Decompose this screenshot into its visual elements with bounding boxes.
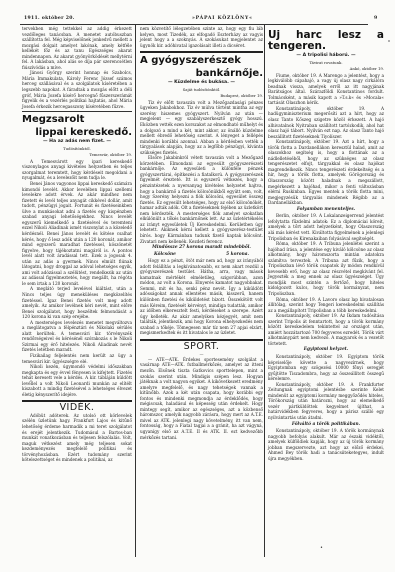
paragraph: A mesterséges levelezés menetet megválto… (22, 320, 132, 353)
italic-subhead-right: 5 korona. (226, 252, 249, 258)
italic-subhead: Folyamban menenteljes. (268, 207, 384, 213)
column-2: nem közvetítő lélegzetében szinte az, ho… (140, 26, 263, 440)
subheadline: — Ha az adás nem fizet. — (22, 139, 132, 145)
subheadline: — Küzdelme és bukása. — (140, 80, 263, 86)
dateline: Budapest, október 19. (140, 93, 263, 99)
paragraph: Benei János vagyonos lippai kereskedő sz… (22, 181, 132, 286)
newspaper-title: »PÁPAI KÖZLÖNY« (192, 16, 253, 21)
paragraph: tervekben még tettekkel az addig érkezet… (22, 26, 132, 70)
paragraph: Konstantinápoly, október 19. A török kor… (268, 428, 384, 461)
italic-subhead: Mindössze 27 korona maradt mindebből. (140, 245, 263, 251)
paragraph: Fizikailag feljelentés nem került az ügy… (22, 353, 132, 364)
italic-subhead-row: Kölcsöne 5 korona. (140, 252, 263, 258)
header-rule (20, 24, 368, 25)
paragraph: — ATE—ATK. Érdekes sportesemény szolgála… (140, 357, 263, 440)
italic-subhead: Egyiptomi helyzet. (268, 347, 384, 353)
section-heading-videk: VIDÉK. (22, 405, 132, 411)
newspaper-page: 1911. október 20. »PÁPAI KÖZLÖNY« 9 terv… (0, 0, 395, 572)
paragraph: Konstantinápoly, október 19. Az Ikdam tu… (268, 313, 384, 346)
column-divider (264, 25, 265, 557)
paragraph: Konstantinápoly, október 19. A Frankfurt… (268, 382, 384, 421)
paragraph: Elsőre Jakabinkról vétett tavaszán volt … (140, 155, 263, 244)
paragraph: Konstantinápoly, október 19. Egyiptom tö… (268, 354, 384, 382)
issue-date: 1911. október 20. (24, 16, 75, 21)
headline: lippai kereskedő. (22, 127, 132, 138)
headline: Uj harc lesz a tengeren. (268, 30, 384, 52)
page-mark: • (320, 545, 323, 551)
paragraph: Berlin, október 19. A Lokalanzeigerrend … (268, 213, 384, 241)
section-heading-sport: SPORT. (140, 344, 263, 350)
italic-subhead: Fölváltó a török politikában. (268, 422, 384, 428)
byline: Tudósítónktól. (22, 146, 132, 152)
paragraph: nem közvetítő lélegzetében szinte az, ho… (140, 26, 263, 48)
paragraph: Hogy ez a pénzt, ötöt már nem ad, hogy a… (140, 258, 263, 336)
divider (140, 51, 263, 53)
column-divider (135, 25, 136, 557)
page-header: 1911. október 20. »PÁPAI KÖZLÖNY« 9 (12, 14, 374, 24)
article-megzsarolt: Megzsarolt lippai kereskedő. — Ha az adá… (22, 114, 132, 397)
paragraph: Jánosi György szerint honnap és Szabolcs… (22, 70, 132, 109)
paragraph: Konstantinápoly, október 19. A hadügymin… (268, 106, 384, 139)
subheadline: — A tripolisi háború. — (268, 53, 384, 59)
paragraph: Tíz év előtt tavaszán volt a Mezőgazdasá… (140, 100, 263, 155)
column-3: Uj harc lesz a tengeren. — A tripolisi h… (268, 26, 384, 461)
paragraph: A Temesvárott egy ipari kereskedő viszon… (22, 159, 132, 181)
divider (22, 111, 132, 112)
dateline: Ankó, október 19. (268, 66, 384, 72)
paragraph: Fiume, október 19. A Marengo a jelentést… (268, 73, 384, 106)
paragraph: Adóbüt adóterek. Az utolsó ott körlevele… (22, 413, 132, 463)
paper-speck (388, 40, 390, 42)
headline: Megzsarolt (22, 114, 132, 125)
headline: bankárnője. (140, 68, 263, 79)
paragraph: Nikoli kezén, úgymondó védelmi időszakba… (22, 364, 132, 397)
paper-speck (30, 380, 32, 382)
byline: Távirat rovatunk. (268, 60, 384, 66)
paragraph: Róma, október 19. A Tribuna jelenlétei s… (268, 241, 384, 296)
byline: Saját tudósítónktól. (140, 87, 263, 93)
paragraph: Róma, október 19. A Lavoro olasz lap hiv… (268, 297, 384, 314)
column-1: tervekben még tettekkel az addig érkezet… (22, 26, 132, 463)
page-number: 9 (374, 16, 378, 21)
article-gyogyszereszek: A gyógyszerészek bankárnője. — Küzdelme … (140, 55, 263, 336)
dateline: Temesvár, október 19. (22, 152, 132, 158)
headline: A gyógyszerészek (140, 55, 263, 66)
paragraph: Konstantinápoly, október 19. Azt a hírt,… (268, 139, 384, 206)
paragraph: A meglátó terjed levelével kiáltást, utá… (22, 286, 132, 319)
italic-subhead-left: Kölcsöne (154, 252, 176, 258)
